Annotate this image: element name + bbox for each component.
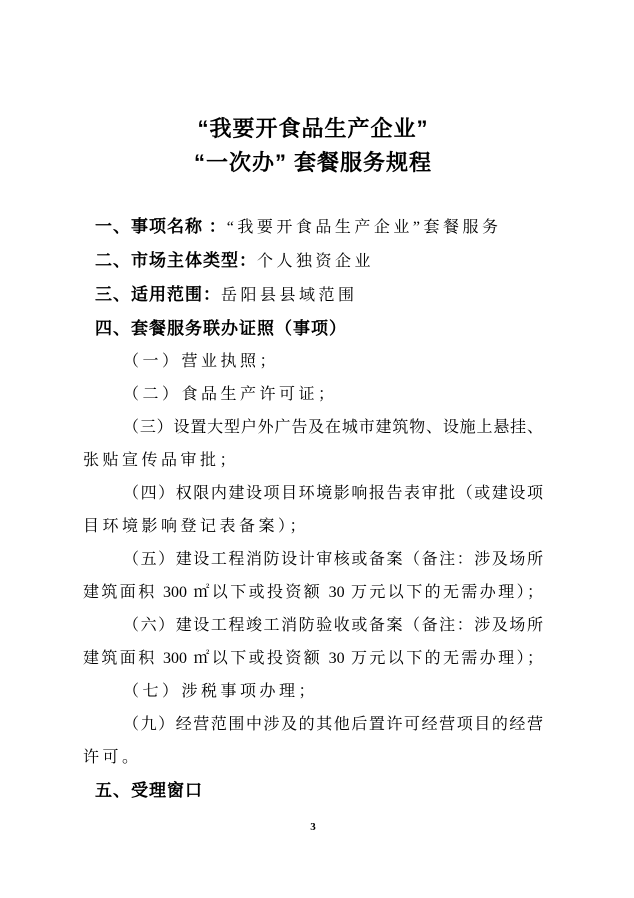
list-item-continuation: 目环境影响登记表备案）； xyxy=(83,510,543,543)
heading-label: 五、受理窗口 xyxy=(95,781,203,800)
list-item: （九）经营范围中涉及的其他后置许可经营项目的经营 xyxy=(83,708,543,741)
heading-value: 岳阳县县域范围 xyxy=(221,287,358,304)
heading-value: 个人独资企业 xyxy=(257,253,374,270)
heading-service-window: 五、受理窗口 xyxy=(83,774,543,807)
title-line-1: “我要开食品生产企业” xyxy=(83,112,543,146)
heading-label: 一、事项名称 ： xyxy=(95,217,227,236)
heading-label: 二、市场主体类型： xyxy=(95,251,257,270)
list-item-continuation: 建筑面积 300 ㎡以下或投资额 30 万元以下的无需办理）； xyxy=(83,642,543,675)
list-item-continuation: 建筑面积 300 ㎡以下或投资额 30 万元以下的无需办理）； xyxy=(83,576,543,609)
list-item: （二）食品生产许可证； xyxy=(83,378,543,411)
heading-scope: 三、适用范围：岳阳县县域范围 xyxy=(83,278,543,312)
list-item: （四）权限内建设项目环境影响报告表审批（或建设项 xyxy=(83,477,543,510)
heading-entity-type: 二、市场主体类型：个人独资企业 xyxy=(83,244,543,278)
list-item: （七）涉税事项办理； xyxy=(83,675,543,708)
heading-licenses: 四、套餐服务联办证照（事项） xyxy=(83,312,543,345)
list-item-continuation: 许可。 xyxy=(83,741,543,774)
heading-item-name: 一、事项名称 ：“我要开食品生产企业”套餐服务 xyxy=(83,210,543,244)
title-line-2: “一次办” 套餐服务规程 xyxy=(83,146,543,180)
heading-label: 四、套餐服务联办证照（事项） xyxy=(95,319,347,338)
document-title: “我要开食品生产企业” “一次办” 套餐服务规程 xyxy=(83,112,543,180)
page-number: 3 xyxy=(83,820,543,834)
document-page: “我要开食品生产企业” “一次办” 套餐服务规程 一、事项名称 ：“我要开食品生… xyxy=(0,0,634,898)
heading-value: “我要开食品生产企业”套餐服务 xyxy=(227,219,502,236)
list-item: （五）建设工程消防设计审核或备案（备注：涉及场所 xyxy=(83,543,543,576)
list-item-continuation: 张贴宣传品审批； xyxy=(83,444,543,477)
list-item: （一）营业执照； xyxy=(83,345,543,378)
heading-label: 三、适用范围： xyxy=(95,285,221,304)
list-item: （三）设置大型户外广告及在城市建筑物、设施上悬挂、 xyxy=(83,411,543,444)
list-item: （六）建设工程竣工消防验收或备案（备注：涉及场所 xyxy=(83,609,543,642)
